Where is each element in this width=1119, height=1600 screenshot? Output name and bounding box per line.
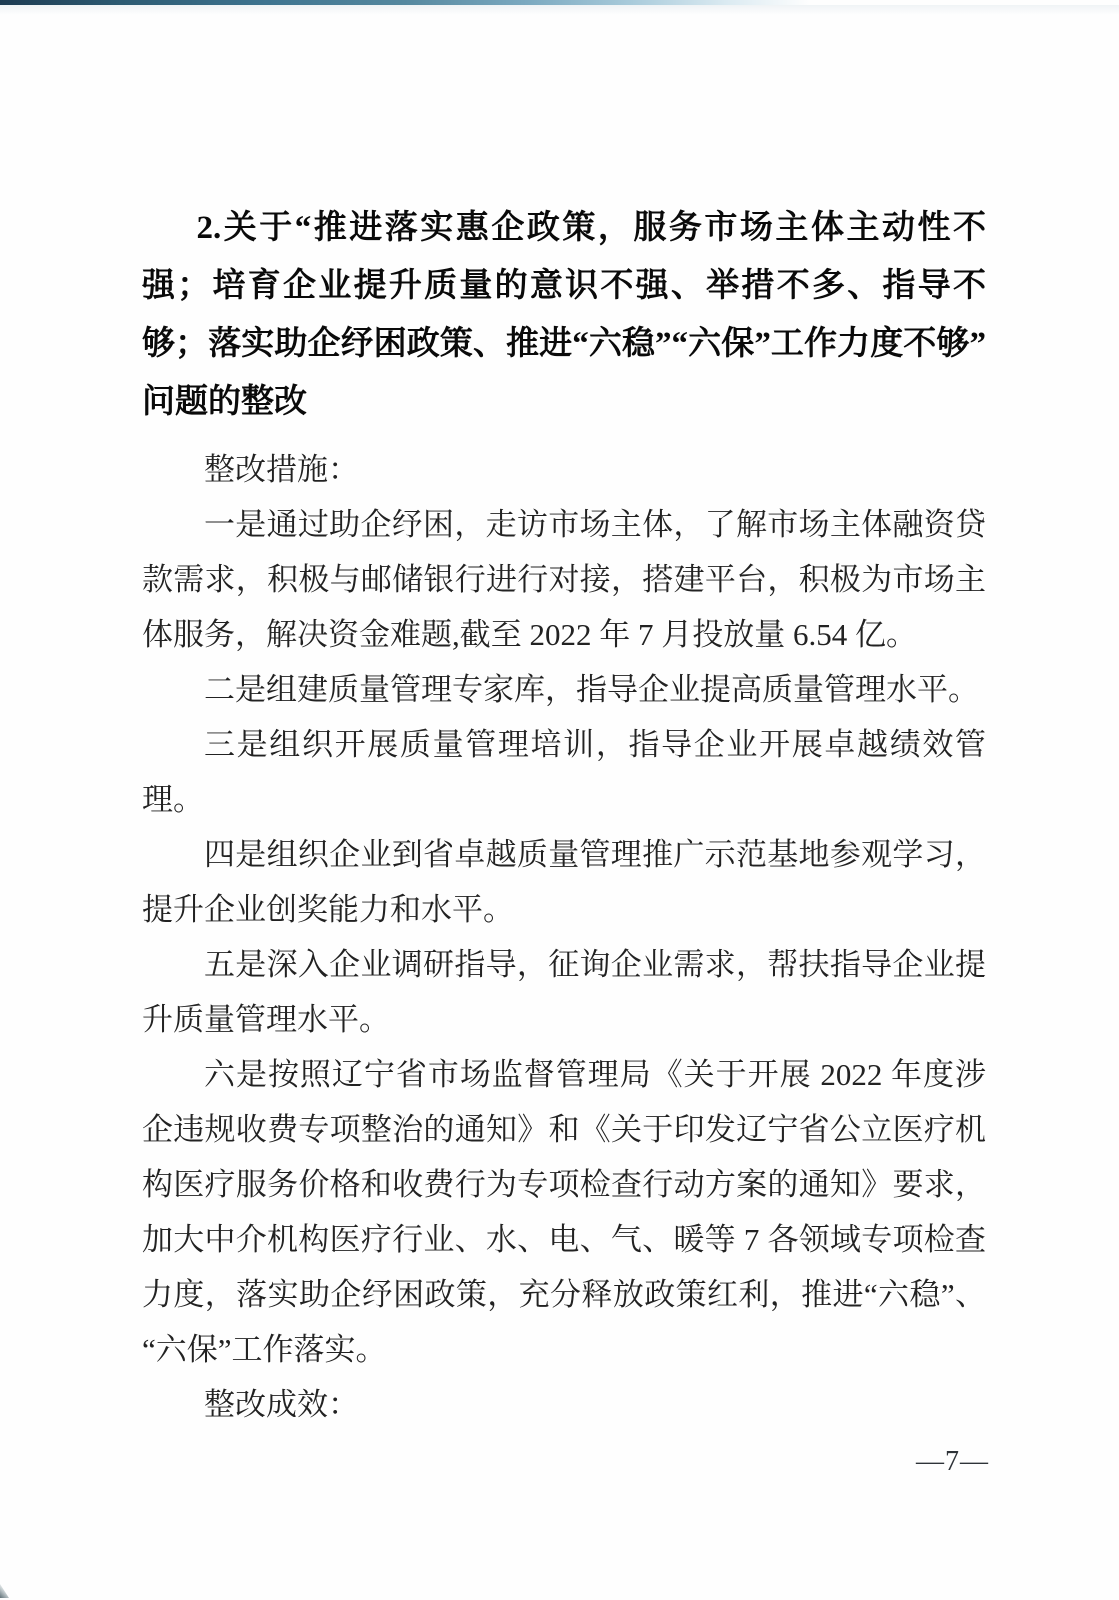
measure-paragraph-3: 三是组织开展质量管理培训，指导企业开展卓越绩效管理。 (142, 717, 986, 827)
measure-paragraph-4: 四是组织企业到省卓越质量管理推广示范基地参观学习，提升企业创奖能力和水平。 (142, 827, 986, 937)
scan-corner-smudge-artifact (0, 1584, 9, 1598)
measure-paragraph-1: 一是通过助企纾困，走访市场主体，了解市场主体融资贷款需求，积极与邮储银行进行对接… (142, 497, 986, 662)
measure-paragraph-2: 二是组建质量管理专家库，指导企业提高质量管理水平。 (142, 662, 986, 717)
document-body: 2.关于“推进落实惠企政策，服务市场主体主动性不强；培育企业提升质量的意识不强、… (142, 199, 986, 1432)
document-page: 2.关于“推进落实惠企政策，服务市场主体主动性不强；培育企业提升质量的意识不强、… (0, 0, 1119, 1600)
measure-paragraph-5: 五是深入企业调研指导，征询企业需求，帮扶指导企业提升质量管理水平。 (142, 937, 986, 1047)
page-number: —7— (916, 1444, 989, 1480)
scan-top-edge-fade (0, 5, 1119, 15)
measure-paragraph-6: 六是按照辽宁省市场监督管理局《关于开展 2022 年度涉企违规收费专项整治的通知… (142, 1047, 986, 1377)
remediation-measures-label: 整改措施： (142, 442, 986, 497)
remediation-results-label: 整改成效： (142, 1377, 986, 1432)
section-heading: 2.关于“推进落实惠企政策，服务市场主体主动性不强；培育企业提升质量的意识不强、… (142, 199, 986, 431)
